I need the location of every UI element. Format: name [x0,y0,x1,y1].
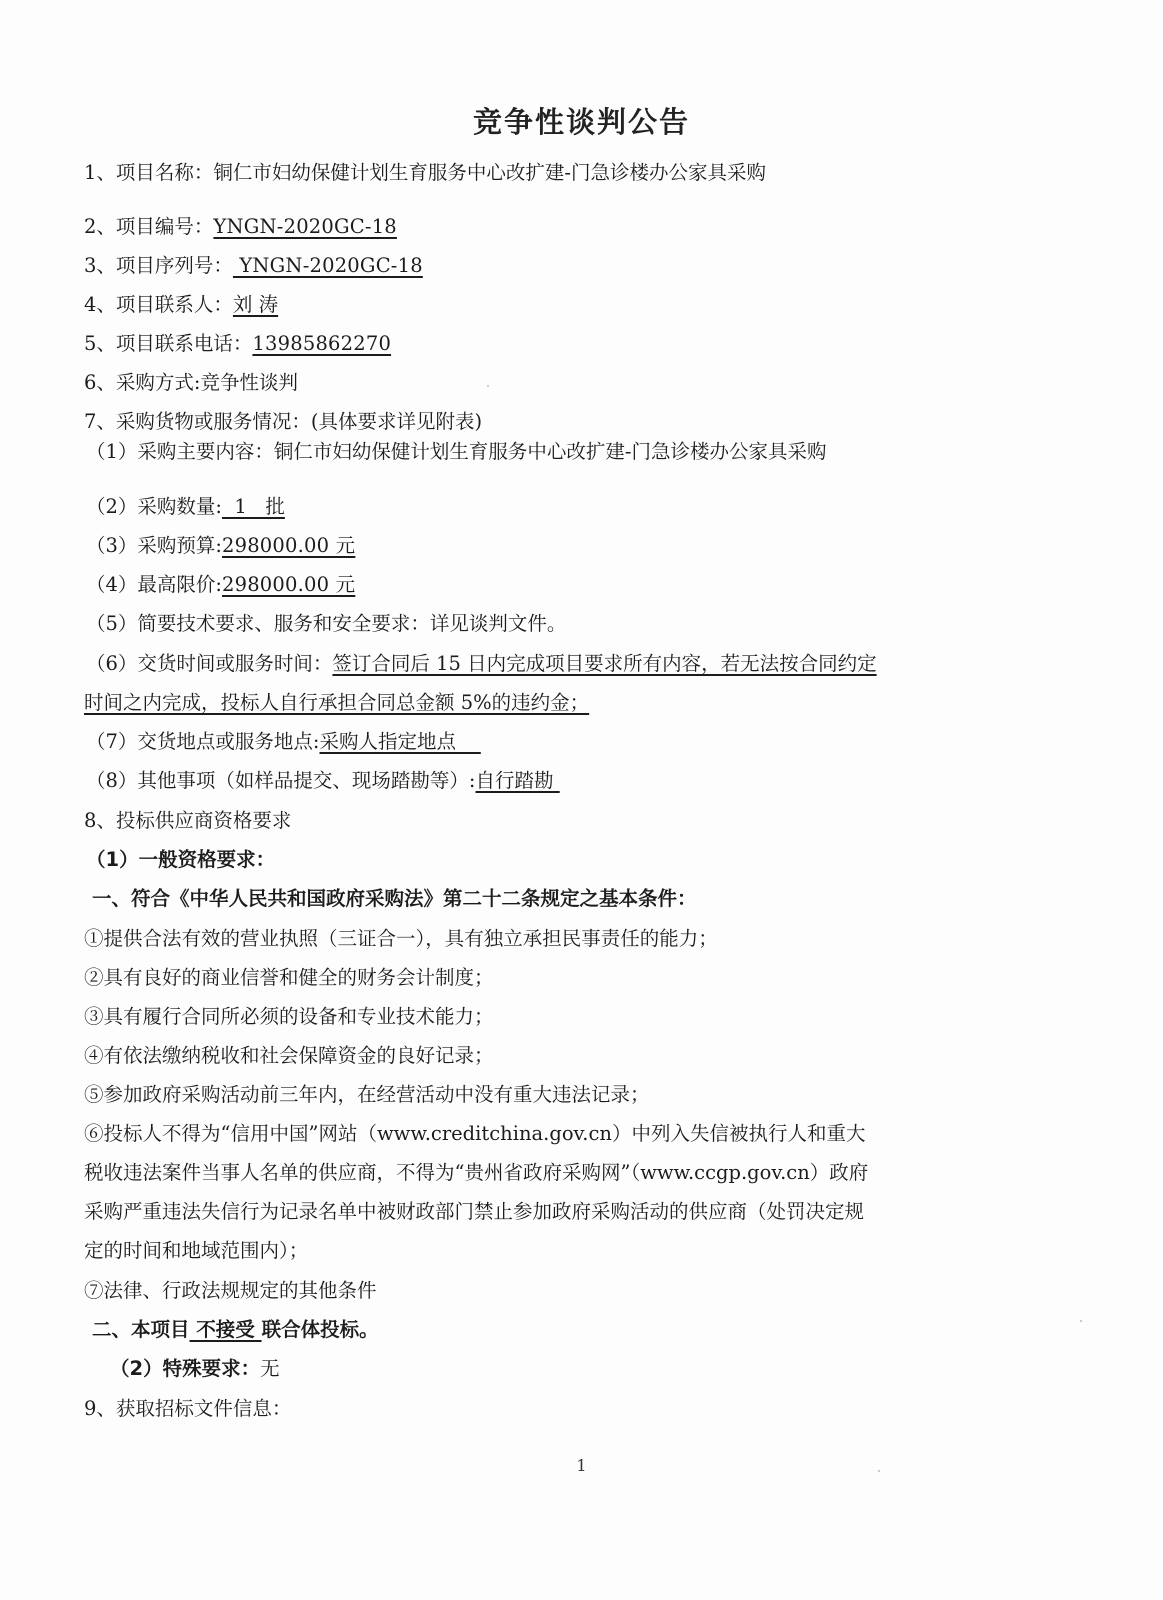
item-obtain-documents: 9、获取招标文件信息： [84,1396,291,1422]
value: 298000.00 元 [222,534,355,557]
condition-2: ②具有良好的商业信誉和健全的财务会计制度； [84,965,494,991]
item-budget: （3）采购预算:298000.00 元 [86,533,355,559]
value: 竞争性谈判 [200,371,298,394]
item-supplier-qualification: 8、投标供应商资格要求 [84,808,291,834]
value: 无 [260,1357,280,1380]
condition-6-line4: 定的时间和地域范围内）； [84,1238,308,1264]
item-main-content: （1）采购主要内容：铜仁市妇幼保健计划生育服务中心改扩建-门急诊楼办公家具采购 [86,439,827,465]
item-project-serial: 3、项目序列号： YNGN-2020GC-18 [84,253,423,279]
label: （1）采购主要内容： [86,440,274,463]
value: 签订合同后 15 日内完成项目要求所有内容，若无法按合同约定 [332,652,876,675]
condition-7: ⑦法律、行政法规规定的其他条件 [84,1278,377,1304]
page-number: 1 [0,1456,1163,1475]
condition-6-line2: 税收违法案件当事人名单的供应商，不得为“贵州省政府采购网”（www.ccgp.g… [84,1160,868,1186]
value: 298000.00 元 [222,573,355,596]
item-delivery-time: （6）交货时间或服务时间：签订合同后 15 日内完成项目要求所有内容，若无法按合… [86,651,877,677]
value: YNGN-2020GC-18 [233,254,423,277]
label: 2、项目编号： [84,215,213,238]
item-project-name: 1、项目名称：铜仁市妇幼保健计划生育服务中心改扩建-门急诊楼办公家具采购 [84,160,766,186]
suffix: 联合体投标。 [262,1318,379,1341]
label: 4、项目联系人： [84,293,233,316]
label: （4）最高限价: [86,573,222,596]
value: 铜仁市妇幼保健计划生育服务中心改扩建-门急诊楼办公家具采购 [213,161,766,184]
item-quantity: （2）采购数量: 1 批 [86,494,285,520]
condition-3: ③具有履行合同所必须的设备和专业技术能力； [84,1004,494,1030]
value: YNGN-2020GC-18 [213,215,397,238]
condition-6-line1: ⑥投标人不得为“信用中国”网站（www.creditchina.gov.cn）中… [84,1121,865,1147]
label: 1、项目名称： [84,161,213,184]
item-goods-services: 7、采购货物或服务情况：(具体要求详见附表) [84,409,482,435]
item-other-matters: （8）其他事项（如样品提交、现场踏勘等）:自行踏勘 [86,768,560,794]
item-special-requirements: （2）特殊要求：无 [110,1356,280,1382]
item-tech-requirements: （5）简要技术要求、服务和安全要求：详见谈判文件。 [86,611,566,637]
value: 自行踏勘 [475,769,559,792]
item-project-code: 2、项目编号：YNGN-2020GC-18 [84,214,397,240]
label: （2）采购数量: [86,495,222,518]
item-max-price: （4）最高限价:298000.00 元 [86,572,355,598]
value: 13985862270 [252,332,391,355]
item-contact-person: 4、项目联系人：刘 涛 [84,292,278,318]
scan-speck [487,385,489,387]
document-page: 竞争性谈判公告 1、项目名称：铜仁市妇幼保健计划生育服务中心改扩建-门急诊楼办公… [0,0,1163,1600]
value: 1 批 [222,495,285,518]
label: （3）采购预算: [86,534,222,557]
item-procurement-method: 6、采购方式:竞争性谈判 [84,370,298,396]
condition-5: ⑤参加政府采购活动前三年内，在经营活动中没有重大违法记录； [84,1082,650,1108]
value: 采购人指定地点 [319,730,480,753]
condition-6-line3: 采购严重违法失信行为记录名单中被财政部门禁止参加政府采购活动的供应商（处罚决定规 [84,1199,864,1225]
label: 3、项目序列号： [84,254,233,277]
label: 6、采购方式: [84,371,200,394]
label: （6）交货时间或服务时间： [86,652,332,675]
scan-speck [878,1470,880,1472]
item-contact-phone: 5、项目联系电话：13985862270 [84,331,391,357]
value: 不接受 [190,1318,262,1341]
value: 刘 涛 [233,293,278,316]
label: （2）特殊要求： [110,1357,260,1380]
condition-1: ①提供合法有效的营业执照（三证合一），具有独立承担民事责任的能力； [84,926,718,952]
scan-speck [1080,1320,1082,1322]
label: 5、项目联系电话： [84,332,252,355]
item-delivery-time-cont: 时间之内完成，投标人自行承担合同总金额 5%的违约金； [84,690,589,716]
value: 时间之内完成，投标人自行承担合同总金额 5%的违约金； [84,691,589,714]
section-consortium: 二、本项目 不接受 联合体投标。 [92,1317,379,1343]
label: （8）其他事项（如样品提交、现场踏勘等）: [86,769,475,792]
section-basic-conditions: 一、符合《中华人民共和国政府采购法》第二十二条规定之基本条件： [92,886,697,912]
item-general-qualification: （1）一般资格要求： [86,847,275,873]
label: （7）交货地点或服务地点: [86,730,319,753]
prefix: 二、本项目 [92,1318,190,1341]
document-title: 竞争性谈判公告 [0,100,1163,141]
value: 铜仁市妇幼保健计划生育服务中心改扩建-门急诊楼办公家具采购 [274,440,827,463]
item-delivery-location: （7）交货地点或服务地点:采购人指定地点 [86,729,481,755]
condition-4: ④有依法缴纳税收和社会保障资金的良好记录； [84,1043,494,1069]
